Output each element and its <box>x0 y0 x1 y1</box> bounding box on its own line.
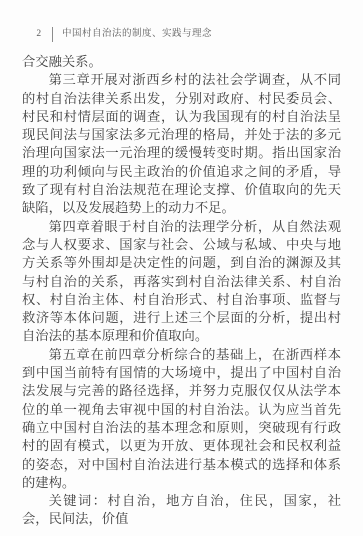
paragraph-chapter-5: 第五章在前四章分析综合的基础上，在浙西样本到中国当前特有国情的大场境中，提出了中… <box>22 346 341 492</box>
paragraph-continuation: 合交融关系。 <box>22 53 341 71</box>
paragraph-chapter-3: 第三章开展对浙西乡村的法社会学调查，从不同的村自治法律关系出发，分别对政府、村民… <box>22 71 341 217</box>
keywords-label: 关键词： <box>49 493 108 508</box>
paragraph-chapter-4: 第四章着眼于村自治的法理学分析，从自然法观念与人权要求、国家与社会、公域与私域、… <box>22 218 341 346</box>
page-number: 2 <box>35 26 43 42</box>
header-divider <box>52 27 53 42</box>
page-header: 2 中国村自治法的制度、实践与理念 <box>35 26 212 42</box>
keywords-line: 关键词：村自治，地方自治，住民，国家，社会，民间法，价值 <box>22 492 341 529</box>
running-title: 中国村自治法的制度、实践与理念 <box>62 26 212 42</box>
document-page: 2 中国村自治法的制度、实践与理念 合交融关系。 第三章开展对浙西乡村的法社会学… <box>0 0 363 536</box>
page-body: 合交融关系。 第三章开展对浙西乡村的法社会学调查，从不同的村自治法律关系出发，分… <box>22 53 341 529</box>
